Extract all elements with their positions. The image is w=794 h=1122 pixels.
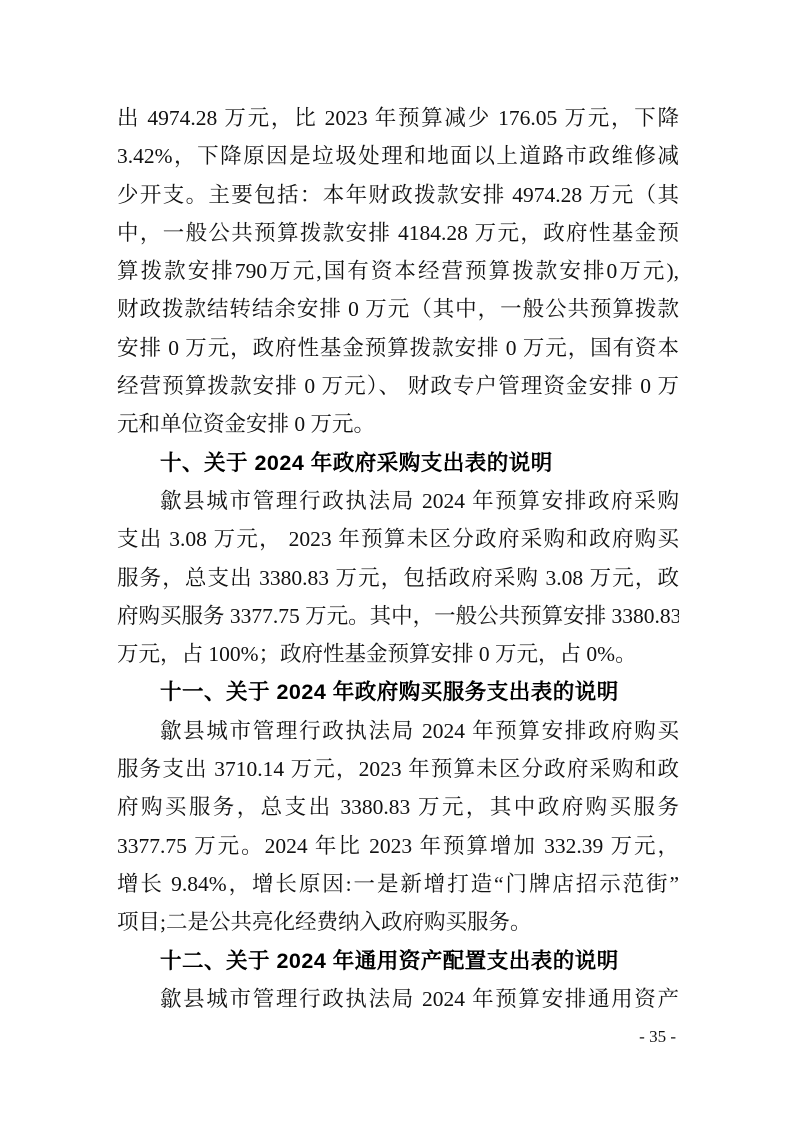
text-line: 少开支。主要包括：本年财政拨款安排 4974.28 万元（其	[117, 176, 679, 214]
text-line: 府购买服务，总支出 3380.83 万元，其中政府购买服务	[117, 788, 679, 826]
page-number: - 35 -	[117, 1026, 680, 1048]
section-11-heading: 十一、关于 2024 年政府购买服务支出表的说明	[117, 673, 679, 711]
text-line: 经营预算拨款安排 0 万元）、 财政专户管理资金安排 0 万	[117, 367, 679, 405]
text-line: 服务，总支出 3380.83 万元，包括政府采购 3.08 万元，政	[117, 559, 679, 597]
text-line: 歙县城市管理行政执法局 2024 年预算安排通用资产	[117, 980, 679, 1018]
section-10-heading: 十、关于 2024 年政府采购支出表的说明	[117, 444, 679, 482]
document-body: 出 4974.28 万元，比 2023 年预算减少 176.05 万元，下降 3…	[117, 99, 679, 1018]
text-line: 3.42%，下降原因是垃圾处理和地面以上道路市政维修减	[117, 137, 679, 175]
text-line: 财政拨款结转结余安排 0 万元（其中，一般公共预算拨款	[117, 290, 679, 328]
text-line: 算拨款安排790万元,国有资本经营预算拨款安排0万元),	[117, 252, 679, 290]
text-line: 万元，占 100%；政府性基金预算安排 0 万元，占 0%。	[117, 635, 679, 673]
text-line: 支出 3.08 万元， 2023 年预算未区分政府采购和政府购买	[117, 520, 679, 558]
text-line: 府购买服务 3377.75 万元。其中，一般公共预算安排 3380.83	[117, 597, 679, 635]
text-line: 服务支出 3710.14 万元，2023 年预算未区分政府采购和政	[117, 750, 679, 788]
document-page: 出 4974.28 万元，比 2023 年预算减少 176.05 万元，下降 3…	[0, 0, 794, 1122]
text-line: 安排 0 万元，政府性基金预算拨款安排 0 万元，国有资本	[117, 329, 679, 367]
text-line: 3377.75 万元。2024 年比 2023 年预算增加 332.39 万元，	[117, 827, 679, 865]
section-12-heading: 十二、关于 2024 年通用资产配置支出表的说明	[117, 942, 679, 980]
text-line: 歙县城市管理行政执法局 2024 年预算安排政府采购	[117, 482, 679, 520]
text-line: 出 4974.28 万元，比 2023 年预算减少 176.05 万元，下降	[117, 99, 679, 137]
text-line: 项目;二是公共亮化经费纳入政府购买服务。	[117, 903, 679, 941]
text-line: 中，一般公共预算拨款安排 4184.28 万元，政府性基金预	[117, 214, 679, 252]
text-line: 歙县城市管理行政执法局 2024 年预算安排政府购买	[117, 712, 679, 750]
text-line: 元和单位资金安排 0 万元。	[117, 405, 679, 443]
text-line: 增长 9.84%，增长原因:一是新增打造“门牌店招示范街”	[117, 865, 679, 903]
